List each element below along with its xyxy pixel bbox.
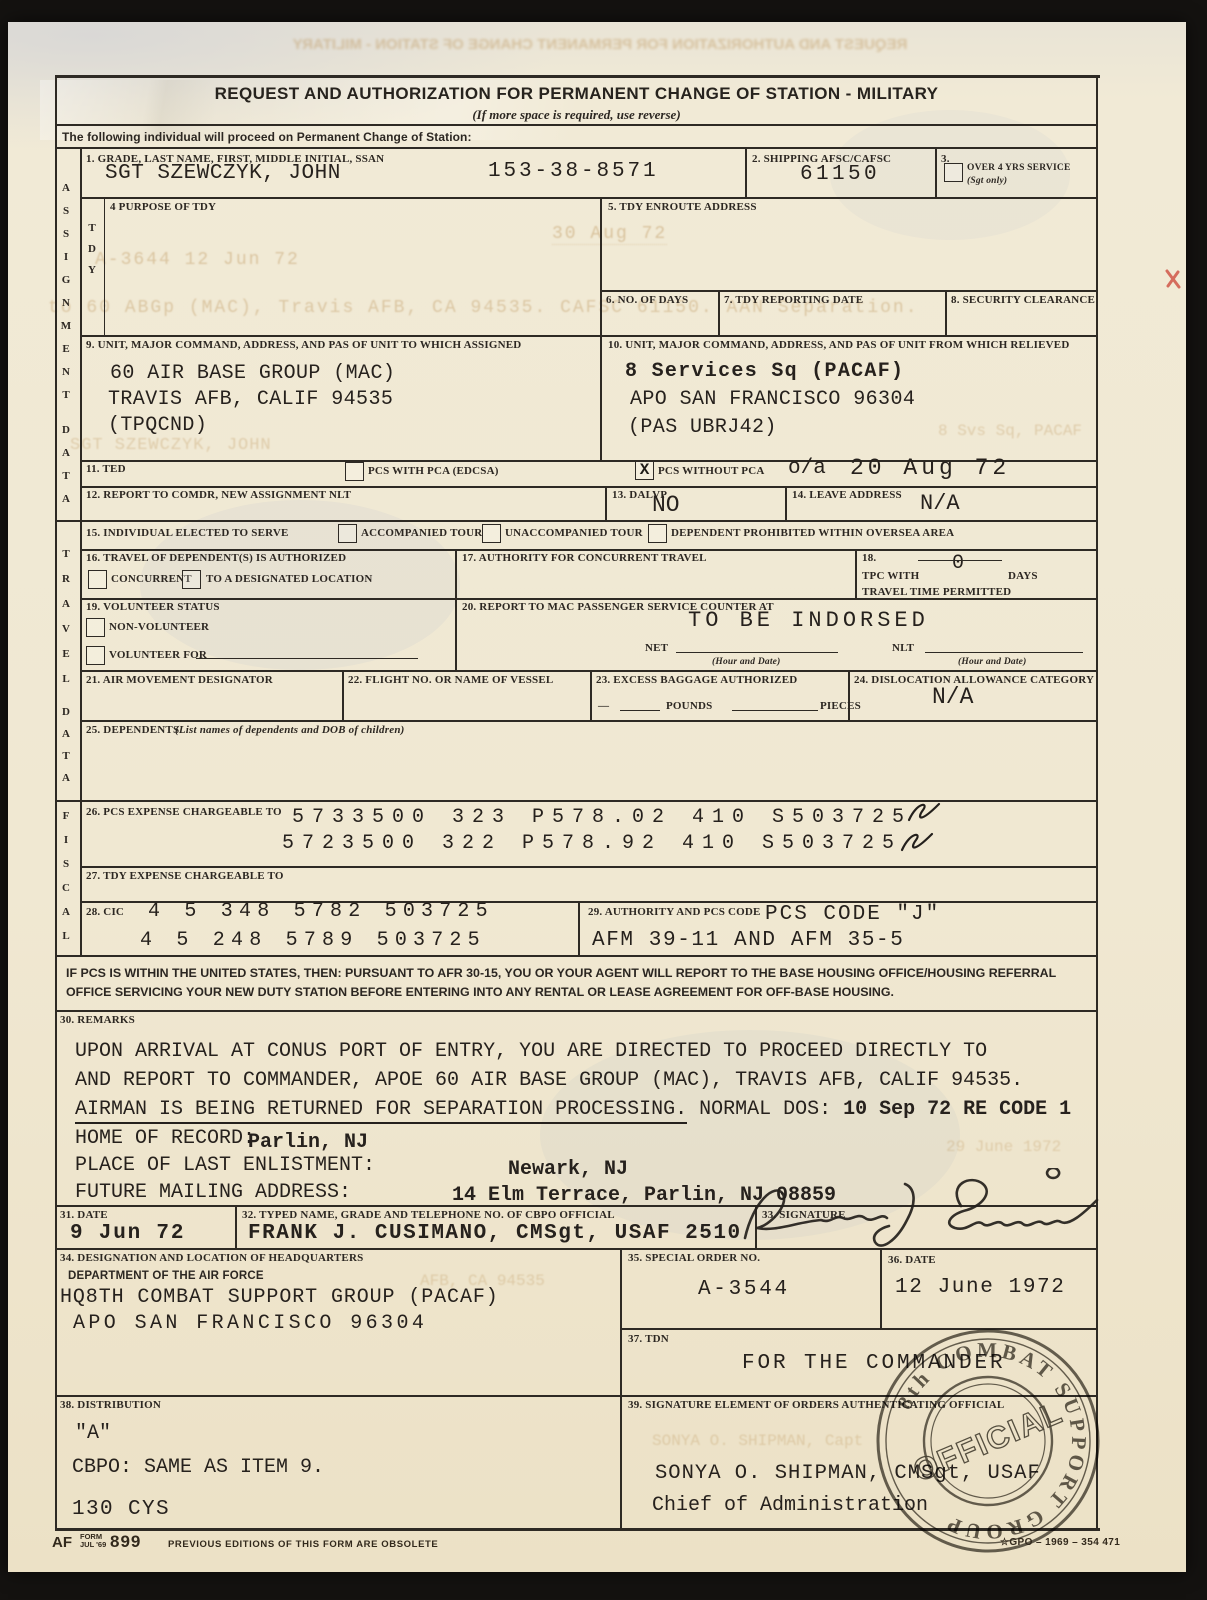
member-ssan: 153-38-8571 — [488, 160, 659, 183]
volunteer-for-checkbox — [86, 646, 105, 665]
shipping-afsc: 61150 — [800, 163, 880, 186]
concurrent-checkbox — [88, 570, 107, 589]
bleedthrough-text: SGT SZEWCZYK, JOHN — [70, 436, 272, 455]
field-label-35: 35. SPECIAL ORDER NO. — [628, 1252, 760, 1264]
field-label-12: 12. REPORT TO COMDR, NEW ASSIGNMENT NLT — [86, 489, 351, 501]
pcs-expense-line2: 5723500 322 P578.92 410 S503725 — [282, 832, 902, 855]
grid-line — [55, 520, 1098, 522]
hq-line1: DEPARTMENT OF THE AIR FORCE — [68, 1270, 264, 1282]
grid-line — [55, 124, 1098, 126]
bleedthrough-text: SONYA O. SHIPMAN, Capt — [652, 1432, 863, 1450]
pcs-expense-line1: 5733500 323 P578.02 410 S503725 — [292, 806, 912, 829]
nlt-label: NLT — [892, 642, 914, 654]
non-volunteer-checkbox — [86, 618, 105, 637]
tpc-with-label: TPC WITH — [862, 570, 919, 582]
concurrent-label: CONCURRENT — [111, 573, 192, 585]
field-label-30: 30. REMARKS — [60, 1014, 135, 1026]
grid-line — [745, 147, 747, 197]
bleedthrough-text: 30 Aug 72 — [552, 224, 667, 245]
field-label-5: 5. TDY ENROUTE ADDRESS — [608, 201, 757, 213]
form-title: REQUEST AND AUTHORIZATION FOR PERMANENT … — [55, 84, 1098, 104]
grid-line — [55, 147, 1098, 149]
relieved-unit-line3: (PAS UBRJ42) — [628, 416, 777, 439]
remarks-dos-value: 10 Sep 72 RE CODE 1 — [843, 1098, 1071, 1121]
volunteer-for-label: VOLUNTEER FOR — [109, 649, 207, 661]
accompanied-tour-label: ACCOMPANIED TOUR — [361, 527, 482, 539]
remarks-normal-dos-label: NORMAL DOS: — [687, 1098, 843, 1121]
field-label-37: 37. TDN — [628, 1333, 669, 1345]
gpo-imprint: ☆GPO – 1969 – 354 471 — [1000, 1537, 1120, 1548]
field-label-11: 11. TED — [86, 463, 126, 475]
field-label-7: 7. TDY REPORTING DATE — [724, 294, 863, 306]
nlt-hint: (Hour and Date) — [958, 657, 1026, 667]
hq-line2: HQ8TH COMBAT SUPPORT GROUP (PACAF) — [60, 1286, 499, 1309]
form-number-af: AF — [52, 1534, 72, 1551]
rail-travel-data: DATA — [60, 706, 72, 794]
leave-address-value: N/A — [920, 491, 960, 516]
grid-line — [935, 147, 937, 197]
dependent-prohibited-label: DEPENDENT PROHIBITED WITHIN OVERSEA AREA — [671, 527, 954, 539]
non-volunteer-label: NON-VOLUNTEER — [109, 621, 209, 633]
rail-assignment: ASSIGNMENT — [60, 182, 72, 412]
grid-line — [848, 670, 850, 720]
pounds-label: POUNDS — [666, 700, 712, 712]
grid-line — [718, 290, 720, 335]
grid-line — [55, 955, 1098, 957]
relieved-unit-line1: 8 Services Sq (PACAF) — [625, 360, 904, 383]
field-label-31: 31. DATE — [60, 1209, 108, 1221]
mailing-address-label: FUTURE MAILING ADDRESS: — [75, 1181, 351, 1204]
obsolete-note: PREVIOUS EDITIONS OF THIS FORM ARE OBSOL… — [168, 1539, 438, 1550]
bleedthrough-text: A-3644 12 Jun 72 — [95, 250, 300, 270]
handwritten-loop-mark — [905, 796, 945, 828]
field-label-10: 10. UNIT, MAJOR COMMAND, ADDRESS, AND PA… — [608, 339, 1069, 351]
unaccompanied-tour-checkbox — [482, 524, 501, 543]
dislocation-value: N/A — [932, 684, 973, 710]
net-label: NET — [645, 642, 668, 654]
grid-line — [80, 598, 1098, 600]
pcs-with-pca-checkbox — [345, 462, 364, 481]
cbpo-date-value: 9 Jun 72 — [70, 1222, 185, 1245]
field-label-32: 32. TYPED NAME, GRADE AND TELEPHONE NO. … — [242, 1209, 615, 1221]
field-label-24: 24. DISLOCATION ALLOWANCE CATEGORY — [854, 674, 1094, 686]
remarks-underlined-text: AIRMAN IS BEING RETURNED FOR SEPARATION … — [75, 1098, 687, 1124]
rail-assignment-data: DATA — [60, 424, 72, 516]
field-label-15: 15. INDIVIDUAL ELECTED TO SERVE — [86, 527, 289, 539]
place-of-enlistment-value: Newark, NJ — [508, 1158, 628, 1181]
grid-line — [590, 670, 592, 720]
pieces-underline — [732, 710, 818, 711]
net-hint: (Hour and Date) — [712, 657, 780, 667]
field-label-25: 25. DEPENDENTS — [86, 724, 179, 736]
grid-line — [342, 670, 344, 720]
volunteer-for-underline — [196, 658, 418, 659]
nlt-underline — [925, 652, 1083, 653]
cbpo-official-name: FRANK J. CUSIMANO, CMSgt, USAF 2510 — [248, 1222, 742, 1245]
order-date: 12 June 1972 — [895, 1276, 1065, 1299]
pcs-with-pca-label: PCS WITH PCA (EDCSA) — [368, 465, 499, 477]
grid-line — [80, 720, 1098, 722]
pounds-underline — [620, 710, 660, 711]
dalvp-value: NO — [652, 492, 680, 518]
field-label-19: 19. VOLUNTEER STATUS — [86, 601, 220, 613]
cic-line1: 4 5 348 5782 503725 — [148, 900, 494, 923]
remarks-line3: AIRMAN IS BEING RETURNED FOR SEPARATION … — [75, 1098, 1071, 1121]
place-of-enlistment-label: PLACE OF LAST ENLISTMENT: — [75, 1154, 375, 1177]
field-label-21: 21. AIR MOVEMENT DESIGNATOR — [86, 674, 273, 686]
grid-line — [600, 290, 1098, 292]
field-label-8: 8. SECURITY CLEARANCE — [951, 294, 1095, 306]
form-date: JUL '69 — [80, 1541, 106, 1549]
field-label-26: 26. PCS EXPENSE CHARGEABLE TO — [86, 806, 282, 818]
grid-line — [80, 147, 82, 955]
bleedthrough-title: REQUEST AND AUTHORIZATION FOR PERMANENT … — [240, 36, 960, 53]
field-label-6: 6. NO. OF DAYS — [606, 294, 688, 306]
field-label-17: 17. AUTHORITY FOR CONCURRENT TRAVEL — [462, 552, 707, 564]
grid-line — [80, 670, 1098, 672]
grid-line — [600, 197, 602, 460]
grid-line — [235, 1205, 237, 1248]
rail-fiscal: FISCAL — [60, 810, 72, 954]
tpc-days-value: 0 — [952, 552, 964, 575]
over-4yrs-label: OVER 4 YRS SERVICE — [967, 163, 1070, 173]
field-label-18: 18. — [862, 552, 876, 564]
red-pen-mark — [1164, 268, 1182, 290]
grid-line — [80, 866, 1098, 868]
scanned-document-page: REQUEST AND AUTHORIZATION FOR PERMANENT … — [0, 0, 1207, 1600]
intro-statement: The following individual will proceed on… — [62, 130, 472, 144]
field-label-22: 22. FLIGHT NO. OR NAME OF VESSEL — [348, 674, 553, 686]
rail-tdy: TDY — [86, 222, 98, 285]
grid-line — [55, 1010, 1098, 1012]
designated-location-label: TO A DESIGNATED LOCATION — [206, 573, 372, 585]
dependents-note: (List names of dependents and DOB of chi… — [175, 724, 405, 736]
field-label-16: 16. TRAVEL OF DEPENDENT(S) IS AUTHORIZED — [86, 552, 346, 564]
field-label-9: 9. UNIT, MAJOR COMMAND, ADDRESS, AND PAS… — [86, 339, 521, 351]
bleedthrough-text: 8 Svs Sq, PACAF — [938, 422, 1082, 440]
handwritten-loop-mark — [898, 826, 938, 858]
pcs-without-pca-label: PCS WITHOUT PCA — [658, 465, 765, 477]
field-label-4: 4 PURPOSE OF TDY — [110, 201, 216, 213]
grid-line — [578, 901, 580, 955]
net-underline — [676, 652, 838, 653]
housing-note-line2: OFFICE SERVICING YOUR NEW DUTY STATION B… — [66, 985, 894, 999]
days-label: DAYS — [1008, 570, 1038, 582]
grid-line — [605, 486, 607, 520]
pcs-without-pca-checkbox: X — [635, 461, 654, 480]
grid-line — [104, 197, 105, 335]
field-label-23: 23. EXCESS BAGGAGE AUTHORIZED — [596, 674, 797, 686]
mac-counter-value: TO BE INDORSED — [688, 608, 929, 633]
field-label-34: 34. DESIGNATION AND LOCATION OF HEADQUAR… — [60, 1252, 363, 1264]
grid-line — [945, 290, 947, 335]
grid-line — [55, 75, 1100, 78]
grid-line — [855, 549, 857, 598]
form-number-899: 899 — [110, 1532, 141, 1552]
assigned-unit-line3: (TPQCND) — [108, 414, 207, 437]
home-of-record-value: Parlin, NJ — [248, 1131, 368, 1154]
assigned-unit-line2: TRAVIS AFB, CALIF 94535 — [108, 388, 393, 411]
form-subtitle: (If more space is required, use reverse) — [55, 107, 1098, 123]
tpc-days-underline — [918, 560, 1002, 561]
grid-line — [80, 197, 1098, 199]
distribution-copies: 130 CYS — [72, 1498, 170, 1521]
pcs-oa-prefix: o/a — [788, 457, 826, 480]
grid-line — [80, 549, 1098, 551]
grid-line — [620, 1248, 622, 1530]
field-label-38: 38. DISTRIBUTION — [60, 1399, 161, 1411]
accompanied-tour-checkbox — [338, 524, 357, 543]
field-label-14: 14. LEAVE ADDRESS — [792, 489, 902, 501]
housing-note-line1: IF PCS IS WITHIN THE UNITED STATES, THEN… — [66, 966, 1056, 980]
pcs-date: 20 Aug 72 — [850, 455, 1010, 481]
special-order-no: A-3544 — [698, 1278, 790, 1301]
field-label-28: 28. CIC — [86, 906, 124, 918]
relieved-unit-line2: APO SAN FRANCISCO 96304 — [630, 388, 915, 411]
grid-line — [80, 335, 1098, 337]
remarks-line1: UPON ARRIVAL AT CONUS PORT OF ENTRY, YOU… — [75, 1040, 987, 1063]
field-label-36: 36. DATE — [888, 1254, 936, 1266]
hq-line3: APO SAN FRANCISCO 96304 — [73, 1312, 427, 1335]
cic-line2: 4 5 248 5789 503725 — [140, 929, 486, 952]
distribution-line2: CBPO: SAME AS ITEM 9. — [72, 1456, 324, 1479]
baggage-dash: — — [598, 700, 609, 712]
bleedthrough-text: 29 June 1972 — [946, 1138, 1061, 1156]
field-label-29: 29. AUTHORITY AND PCS CODE — [588, 906, 761, 918]
distribution-line1: "A" — [75, 1422, 111, 1445]
grid-line — [1096, 75, 1098, 1530]
grid-line — [785, 486, 787, 520]
official-stamp: 8th COMBAT SUPPORT GROUP OFFICIAL — [856, 1309, 1121, 1574]
pcs-code-value: PCS CODE "J" — [765, 903, 940, 926]
travel-time-permitted-label: TRAVEL TIME PERMITTED — [862, 586, 1011, 598]
home-of-record-label: HOME OF RECORD: — [75, 1127, 255, 1150]
field-label-27: 27. TDY EXPENSE CHARGEABLE TO — [86, 870, 284, 882]
member-name: SGT SZEWCZYK, JOHN — [105, 162, 341, 185]
grid-line — [55, 75, 57, 1530]
designated-location-checkbox — [182, 570, 201, 589]
grid-line — [455, 549, 457, 670]
dependent-prohibited-checkbox — [648, 524, 667, 543]
grid-line — [80, 486, 1098, 488]
over-4yrs-note: (Sgt only) — [967, 176, 1007, 186]
unaccompanied-tour-label: UNACCOMPANIED TOUR — [505, 527, 643, 539]
remarks-line2: AND REPORT TO COMMANDER, APOE 60 AIR BAS… — [75, 1069, 1023, 1092]
assigned-unit-line1: 60 AIR BASE GROUP (MAC) — [110, 362, 395, 385]
cbpo-signature: Frank J. Cusimano — [735, 1168, 1105, 1263]
pieces-label: PIECES — [820, 700, 861, 712]
over-4yrs-checkbox — [944, 163, 963, 182]
rail-travel: TRAVEL — [60, 548, 72, 698]
pcs-authority-value: AFM 39-11 AND AFM 35-5 — [592, 929, 904, 952]
